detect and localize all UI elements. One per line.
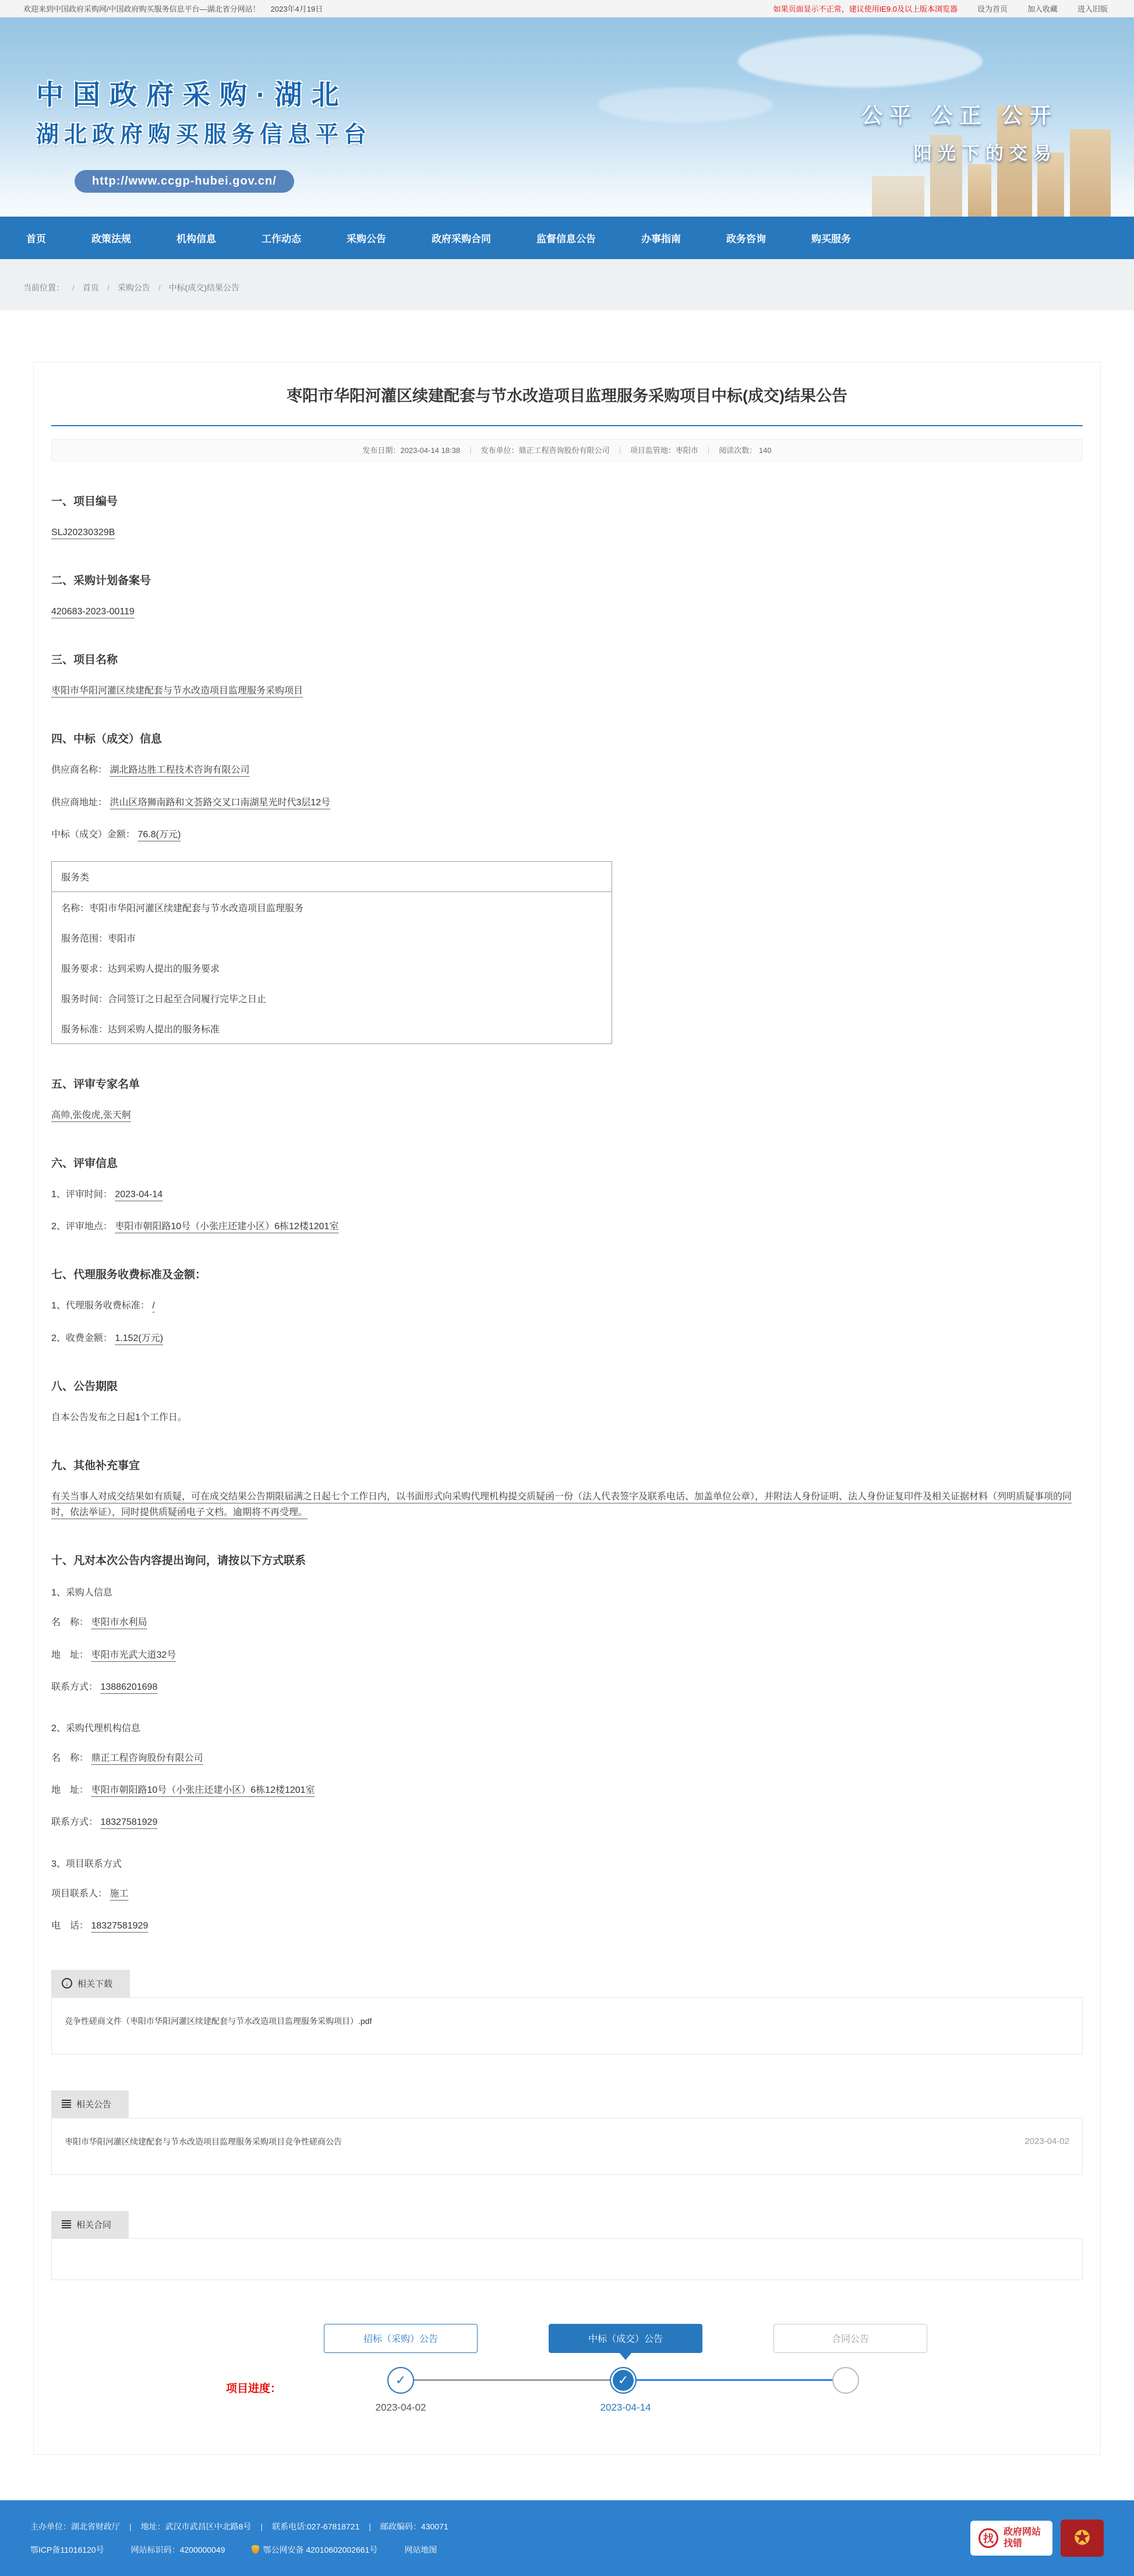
plan-number-link[interactable]: 420683-2023-00119: [51, 607, 135, 617]
related-downloads-tab-label: 相关下载: [77, 1977, 112, 1990]
cloud-decoration: [738, 35, 983, 87]
stage-date-tender: 2023-04-02: [288, 2402, 513, 2414]
agency-address-label: 地 址：: [51, 1785, 89, 1795]
service-detail-table: 服务类 名称：枣阳市华阳河灌区续建配套与节水改造项目监理服务 服务范围：枣阳市 …: [51, 861, 612, 1044]
related-contracts-list: [51, 2238, 1083, 2280]
related-contracts-tab[interactable]: 相关合同: [51, 2211, 129, 2238]
section-heading-project-number: 一、项目编号: [51, 493, 1083, 508]
banner-slogan-sunshine: 阳光下的交易: [914, 139, 1057, 165]
welcome-text: 欢迎来到中国政府采购网/中国政府购买服务信息平台—湖北省分网站！: [23, 3, 260, 14]
stage-circle-active: ✓: [610, 2367, 637, 2394]
project-contact-label: 项目联系人：: [51, 1889, 107, 1899]
nav-item-contracts[interactable]: 政府采购合同: [409, 217, 514, 259]
supplementary-text-link[interactable]: 有关当事人对成交结果如有质疑，可在成交结果公告期限届满之日起七个工作日内，以书面…: [51, 1492, 1072, 1517]
agency-tel-link[interactable]: 18327581929: [100, 1817, 157, 1827]
site-footer: 主办单位：湖北省财政厅 | 地址：武汉市武昌区中北路8号 | 联系电话:027-…: [0, 2500, 1134, 2576]
nav-item-consult[interactable]: 政务咨询: [704, 217, 789, 259]
nav-item-policies[interactable]: 政策法规: [69, 217, 154, 259]
related-announcements-list: 枣阳市华阳河灌区续建配套与节水改造项目监理服务采购项目竞争性磋商公告 2023-…: [51, 2118, 1083, 2175]
purchaser-address-label: 地 址：: [51, 1650, 89, 1660]
meta-separator: |: [619, 445, 620, 454]
project-region: 项目监管地：枣阳市: [630, 444, 698, 455]
project-progress: 项目进度： 招标（采购）公告 中标（成交）公告 合同公告 ✓ ✓: [226, 2324, 1083, 2414]
agency-group-title: 2、采购代理机构信息: [51, 1721, 1083, 1734]
project-contact-group-title: 3、项目联系方式: [51, 1856, 1083, 1870]
cloud-decoration: [598, 87, 773, 122]
gov-emblem-badge[interactable]: ✪: [1061, 2520, 1104, 2557]
related-contracts-tab-label: 相关合同: [76, 2218, 111, 2231]
stage-button-contract-notice[interactable]: 合同公告: [773, 2324, 927, 2353]
skyline-decoration: [1070, 129, 1111, 217]
related-announcements-section: 相关公告 枣阳市华阳河灌区续建配套与节水改造项目监理服务采购项目竞争性磋商公告 …: [51, 2090, 1083, 2175]
related-announcements-tab-label: 相关公告: [76, 2098, 111, 2110]
stage-date-contract: [738, 2402, 963, 2414]
supplier-address-label: 供应商地址：: [51, 798, 107, 808]
error-report-badge-label: 政府网站找错: [1004, 2527, 1044, 2550]
breadcrumb-result-notices[interactable]: 中标(成交)结果公告: [169, 282, 239, 293]
review-time-link[interactable]: 2023-04-14: [115, 1190, 162, 1199]
announcement-link[interactable]: 枣阳市华阳河灌区续建配套与节水改造项目监理服务采购项目竞争性磋商公告: [65, 2136, 342, 2147]
stage-pointer: [845, 2353, 856, 2366]
fee-amount-link[interactable]: 1.152(万元): [115, 1333, 163, 1343]
breadcrumb-separator: /: [107, 283, 109, 292]
current-date: 2023年4月19日: [271, 3, 323, 14]
breadcrumb-separator: /: [72, 283, 75, 292]
article-meta-bar: 发布日期：2023-04-14 18:38 | 发布单位：鼎正工程咨询股份有限公…: [51, 439, 1083, 461]
stage-date-award: 2023-04-14: [513, 2402, 738, 2414]
table-row-service-time: 服务时间：合同签订之日起至合同履行完毕之日止: [52, 983, 612, 1013]
sitemap-link[interactable]: 网站地图: [404, 2544, 437, 2556]
add-favorite-link[interactable]: 加入收藏: [1027, 3, 1058, 14]
footer-zipcode: 邮政编码：430071: [380, 2521, 448, 2532]
nav-item-supervision[interactable]: 监督信息公告: [514, 217, 619, 259]
meta-separator: |: [469, 445, 471, 454]
nav-item-work-news[interactable]: 工作动态: [239, 217, 324, 259]
project-tel-link[interactable]: 18327581929: [91, 1921, 148, 1931]
stage-pointer: [620, 2353, 631, 2366]
title-divider: [51, 425, 1083, 426]
nav-item-home[interactable]: 首页: [3, 217, 69, 259]
table-row-service-scope: 服务范围：枣阳市: [52, 922, 612, 953]
nav-item-procurement-notices[interactable]: 采购公告: [324, 217, 409, 259]
purchaser-tel-link[interactable]: 13886201698: [100, 1682, 157, 1692]
page-title: 枣阳市华阳河灌区续建配套与节水改造项目监理服务采购项目中标(成交)结果公告: [51, 385, 1083, 408]
announcement-card: 枣阳市华阳河灌区续建配套与节水改造项目监理服务采购项目中标(成交)结果公告 发布…: [33, 362, 1101, 2455]
agency-name-link[interactable]: 鼎正工程咨询股份有限公司: [91, 1753, 203, 1763]
review-place-label: 2、评审地点：: [51, 1222, 112, 1232]
fee-amount-label: 2、收费金额：: [51, 1333, 112, 1343]
section-heading-project-name: 三、项目名称: [51, 651, 1083, 667]
read-count: 阅读次数： 140: [719, 444, 771, 455]
purchaser-address-link[interactable]: 枣阳市光武大道32号: [91, 1650, 176, 1660]
stage-button-award-notice[interactable]: 中标（成交）公告: [549, 2324, 702, 2353]
expert-list-link[interactable]: 高帅,张俊虎,张天舸: [51, 1110, 131, 1120]
browser-warning: 如果页面显示不正常，建议使用IE9.0及以上版本浏览器: [773, 3, 958, 14]
section-heading-plan-number: 二、采购计划备案号: [51, 572, 1083, 588]
section-heading-review-info: 六、评审信息: [51, 1155, 1083, 1170]
purchaser-group-title: 1、采购人信息: [51, 1585, 1083, 1598]
footer-site-code: 网站标识码：4200000049: [131, 2544, 225, 2556]
publish-date: 发布日期：2023-04-14 18:38: [362, 444, 460, 455]
nav-item-guide[interactable]: 办事指南: [619, 217, 704, 259]
list-icon: [62, 2220, 71, 2228]
related-downloads-section: ↓ 相关下载 竞争性磋商文件（枣阳市华阳河灌区续建配套与节水改造项目监理服务采购…: [51, 1970, 1083, 2054]
related-announcements-tab[interactable]: 相关公告: [51, 2090, 129, 2118]
related-downloads-list: 竞争性磋商文件（枣阳市华阳河灌区续建配套与节水改造项目监理服务采购项目）.pdf: [51, 1997, 1083, 2054]
agency-tel-label: 联系方式：: [51, 1817, 98, 1827]
section-heading-notice-period: 八、公告期限: [51, 1378, 1083, 1393]
footer-telephone: 联系电话:027-67818721: [272, 2521, 359, 2532]
review-place-link[interactable]: 枣阳市朝阳路10号（小张庄还建小区）6栋12楼1201室: [115, 1222, 338, 1232]
site-subtitle: 湖北政府购买服务信息平台: [36, 116, 372, 149]
skyline-decoration: [968, 164, 991, 217]
site-error-report-badge[interactable]: 找 政府网站找错: [970, 2521, 1052, 2556]
nav-item-purchase-service[interactable]: 购买服务: [789, 217, 874, 259]
footer-separator: |: [129, 2522, 132, 2531]
breadcrumb: 当前位置： / 首页 / 采购公告 / 中标(成交)结果公告: [0, 259, 1134, 310]
section-heading-agency-fee: 七、代理服务收费标准及金额：: [51, 1266, 1083, 1282]
footer-address: 地址：武汉市武昌区中北路8号: [141, 2521, 252, 2532]
download-icon: ↓: [62, 1978, 72, 1988]
project-name-link[interactable]: 枣阳市华阳河灌区续建配套与节水改造项目监理服务采购项目: [51, 686, 303, 696]
supplier-address-link[interactable]: 洪山区珞狮南路和文荟路交叉口南湖星光时代3层12号: [109, 798, 330, 808]
project-number-link[interactable]: SLJ20230329B: [51, 528, 115, 537]
table-row-service-requirement: 服务要求：达到采购人提出的服务要求: [52, 953, 612, 983]
footer-separator: |: [260, 2522, 263, 2531]
table-row-service-name: 名称：枣阳市华阳河灌区续建配套与节水改造项目监理服务: [52, 892, 612, 922]
award-amount-link[interactable]: 76.8(万元): [137, 830, 181, 840]
main-navigation: 首页 政策法规 机构信息 工作动态 采购公告 政府采购合同 监督信息公告 办事指…: [0, 217, 1134, 259]
related-downloads-tab[interactable]: ↓ 相关下载: [51, 1970, 130, 1997]
timeline-connector-blue: [637, 2379, 832, 2381]
stage-circle-pending: [832, 2367, 859, 2394]
agency-address-link[interactable]: 枣阳市朝阳路10号（小张庄还建小区）6栋12楼1201室: [91, 1785, 315, 1795]
footer-host-unit: 主办单位：湖北省财政厅: [30, 2521, 120, 2532]
police-record-link[interactable]: 鄂公网安备 42010602002661号: [263, 2544, 377, 2556]
breadcrumb-separator: /: [158, 283, 161, 292]
section-heading-supplementary: 九、其他补充事宜: [51, 1457, 1083, 1473]
meta-separator: |: [708, 445, 709, 454]
section-heading-experts: 五、评审专家名单: [51, 1075, 1083, 1091]
section-heading-award-info: 四、中标（成交）信息: [51, 730, 1083, 746]
error-report-icon: 找: [978, 2528, 998, 2548]
old-version-link[interactable]: 进入旧版: [1078, 3, 1108, 14]
progress-label: 项目进度：: [226, 2380, 281, 2414]
site-banner: 中国政府采购·湖北 湖北政府购买服务信息平台 http://www.ccgp-h…: [0, 17, 1134, 217]
police-shield-icon: [252, 2545, 259, 2554]
supplier-name-link[interactable]: 湖北路达胜工程技术咨询有限公司: [109, 765, 249, 775]
stage-pointer: [395, 2353, 407, 2366]
award-amount-label: 中标（成交）金额：: [51, 830, 135, 840]
footer-separator: |: [369, 2522, 371, 2531]
purchaser-tel-label: 联系方式：: [51, 1682, 98, 1692]
set-homepage-link[interactable]: 设为首页: [977, 3, 1008, 14]
list-icon: [62, 2100, 71, 2108]
site-url-pill: http://www.ccgp-hubei.gov.cn/: [75, 170, 294, 193]
nav-item-org-info[interactable]: 机构信息: [154, 217, 239, 259]
fee-standard-label: 1、代理服务收费标准：: [51, 1301, 150, 1311]
review-time-label: 1、评审时间：: [51, 1190, 112, 1199]
download-file-link[interactable]: 竞争性磋商文件（枣阳市华阳河灌区续建配套与节水改造项目监理服务采购项目）.pdf: [65, 2016, 372, 2026]
project-contact-link[interactable]: 施工: [109, 1889, 128, 1899]
service-table-header: 服务类: [52, 862, 612, 892]
table-row-service-standard: 服务标准：达到采购人提出的服务标准: [52, 1013, 612, 1043]
banner-slogan-fairness: 公平 公正 公开: [861, 98, 1058, 129]
agency-name-label: 名 称：: [51, 1753, 89, 1763]
section-heading-contacts: 十、凡对本次公告内容提出询问，请按以下方式联系: [51, 1552, 1083, 1567]
footer-icp: 鄂ICP备11016120号: [30, 2544, 104, 2556]
stage-circle-done: ✓: [387, 2367, 414, 2394]
announcement-date: 2023-04-02: [1025, 2136, 1069, 2146]
breadcrumb-label: 当前位置：: [23, 282, 64, 293]
publish-unit: 发布单位：鼎正工程咨询股份有限公司: [481, 444, 609, 455]
related-contracts-section: 相关合同: [51, 2211, 1083, 2280]
skyline-decoration: [872, 176, 924, 217]
breadcrumb-notices[interactable]: 采购公告: [118, 282, 150, 293]
site-title: 中国政府采购·湖北: [36, 73, 348, 112]
top-utility-bar: 欢迎来到中国政府采购网/中国政府购买服务信息平台—湖北省分网站！ 2023年4月…: [0, 0, 1134, 17]
timeline-connector-gray: [414, 2379, 610, 2381]
project-tel-label: 电 话：: [51, 1921, 89, 1931]
breadcrumb-home[interactable]: 首页: [83, 282, 99, 293]
supplier-name-label: 供应商名称：: [51, 765, 107, 775]
stage-button-tender-notice[interactable]: 招标（采购）公告: [324, 2324, 478, 2353]
purchaser-name-link[interactable]: 枣阳市水利局: [91, 1618, 147, 1627]
announcement-row: 枣阳市华阳河灌区续建配套与节水改造项目监理服务采购项目竞争性磋商公告 2023-…: [65, 2136, 1069, 2147]
gov-emblem-icon: ✪: [1074, 2527, 1091, 2550]
notice-period-text: 自本公告发布之日起1个工作日。: [51, 1410, 1083, 1425]
fee-standard-link[interactable]: /: [152, 1301, 154, 1311]
purchaser-name-label: 名 称：: [51, 1618, 89, 1627]
